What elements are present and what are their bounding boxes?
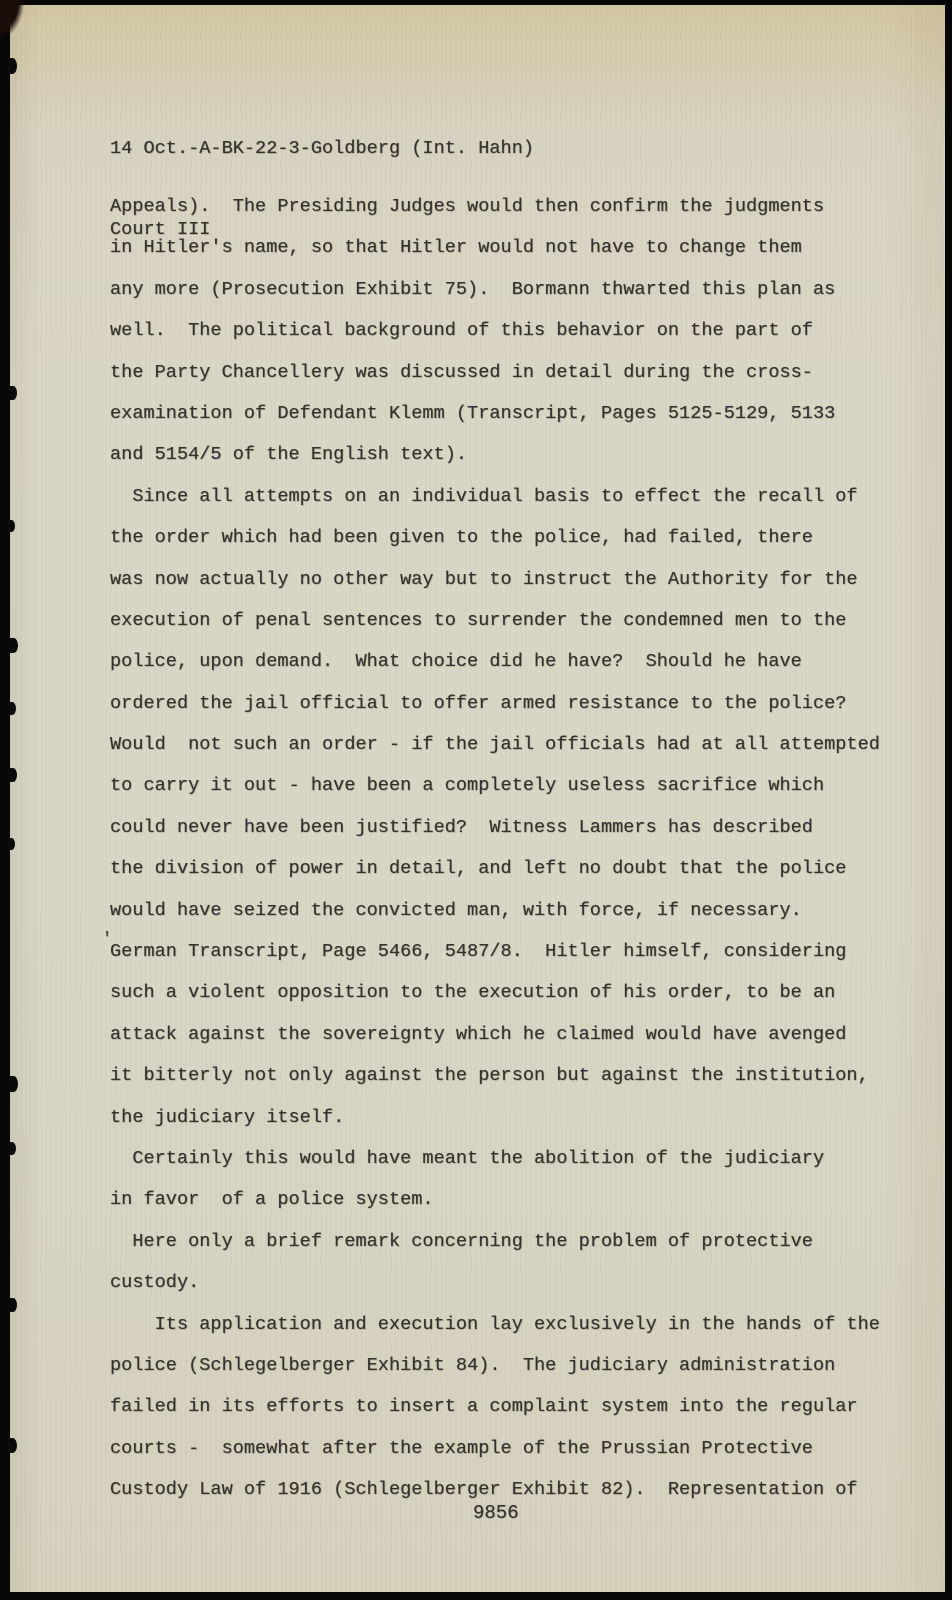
body-line: the judiciary itself.	[110, 1097, 880, 1138]
body-line: the division of power in detail, and lef…	[110, 848, 880, 889]
scan-edge-artifact	[9, 386, 17, 400]
body-line: ordered the jail official to offer armed…	[110, 683, 880, 724]
body-line: in Hitler's name, so that Hitler would n…	[110, 227, 880, 268]
scan-edge-artifact	[9, 638, 18, 653]
scan-edge-artifact	[8, 702, 16, 715]
body-line: was now actually no other way but to ins…	[110, 559, 880, 600]
body-line: Appeals). The Presiding Judges would the…	[110, 186, 880, 227]
body-line: Its application and execution lay exclus…	[110, 1304, 880, 1345]
body-line: courts - somewhat after the example of t…	[110, 1428, 880, 1469]
body-line: police (Schlegelberger Exhibit 84). The …	[110, 1345, 880, 1386]
page-number: 9856	[473, 1501, 519, 1525]
body-line: in favor of a police system.	[110, 1179, 880, 1220]
body-line: examination of Defendant Klemm (Transcri…	[110, 393, 880, 434]
body-line: any more (Prosecution Exhibit 75). Borma…	[110, 269, 880, 310]
scan-corner-smudge	[0, 0, 24, 38]
body-line: attack against the sovereignty which he …	[110, 1014, 880, 1055]
body-line: would have seized the convicted man, wit…	[110, 890, 880, 931]
body-line: to carry it out - have been a completely…	[110, 765, 880, 806]
body-line: Since all attempts on an individual basi…	[110, 476, 880, 517]
margin-stray-mark: '	[102, 930, 112, 949]
body-line: well. The political background of this b…	[110, 310, 880, 351]
scanned-document: 14 Oct.-A-BK-22-3-Goldberg (Int. Hahn) C…	[0, 0, 952, 1600]
body-line: police, upon demand. What choice did he …	[110, 641, 880, 682]
body-line: the Party Chancellery was discussed in d…	[110, 352, 880, 393]
body-line: execution of penal sentences to surrende…	[110, 600, 880, 641]
scan-edge-artifact	[8, 1142, 16, 1155]
scan-edge-artifact	[8, 58, 17, 74]
header-line-reference: 14 Oct.-A-BK-22-3-Goldberg (Int. Hahn)	[110, 135, 534, 162]
body-line: German Transcript, Page 5466, 5487/8. Hi…	[110, 931, 880, 972]
scan-edge-artifact	[9, 1076, 18, 1092]
body-line: it bitterly not only against the person …	[110, 1055, 880, 1096]
body-line: failed in its efforts to insert a compla…	[110, 1386, 880, 1427]
scan-edge-artifact	[9, 768, 17, 782]
document-body: Appeals). The Presiding Judges would the…	[110, 186, 880, 1511]
scan-edge-artifact	[8, 838, 15, 850]
body-line: Certainly this would have meant the abol…	[110, 1138, 880, 1179]
paper-sheet: 14 Oct.-A-BK-22-3-Goldberg (Int. Hahn) C…	[10, 5, 945, 1592]
body-line: and 5154/5 of the English text).	[110, 434, 880, 475]
body-line: such a violent opposition to the executi…	[110, 972, 880, 1013]
body-line: Would not such an order - if the jail of…	[110, 724, 880, 765]
body-line: could never have been justified? Witness…	[110, 807, 880, 848]
body-line: custody.	[110, 1262, 880, 1303]
body-line: the order which had been given to the po…	[110, 517, 880, 558]
body-line: Here only a brief remark concerning the …	[110, 1221, 880, 1262]
scan-edge-artifact	[8, 520, 15, 532]
scan-edge-artifact	[9, 1298, 17, 1312]
scan-edge-artifact	[8, 1438, 17, 1453]
